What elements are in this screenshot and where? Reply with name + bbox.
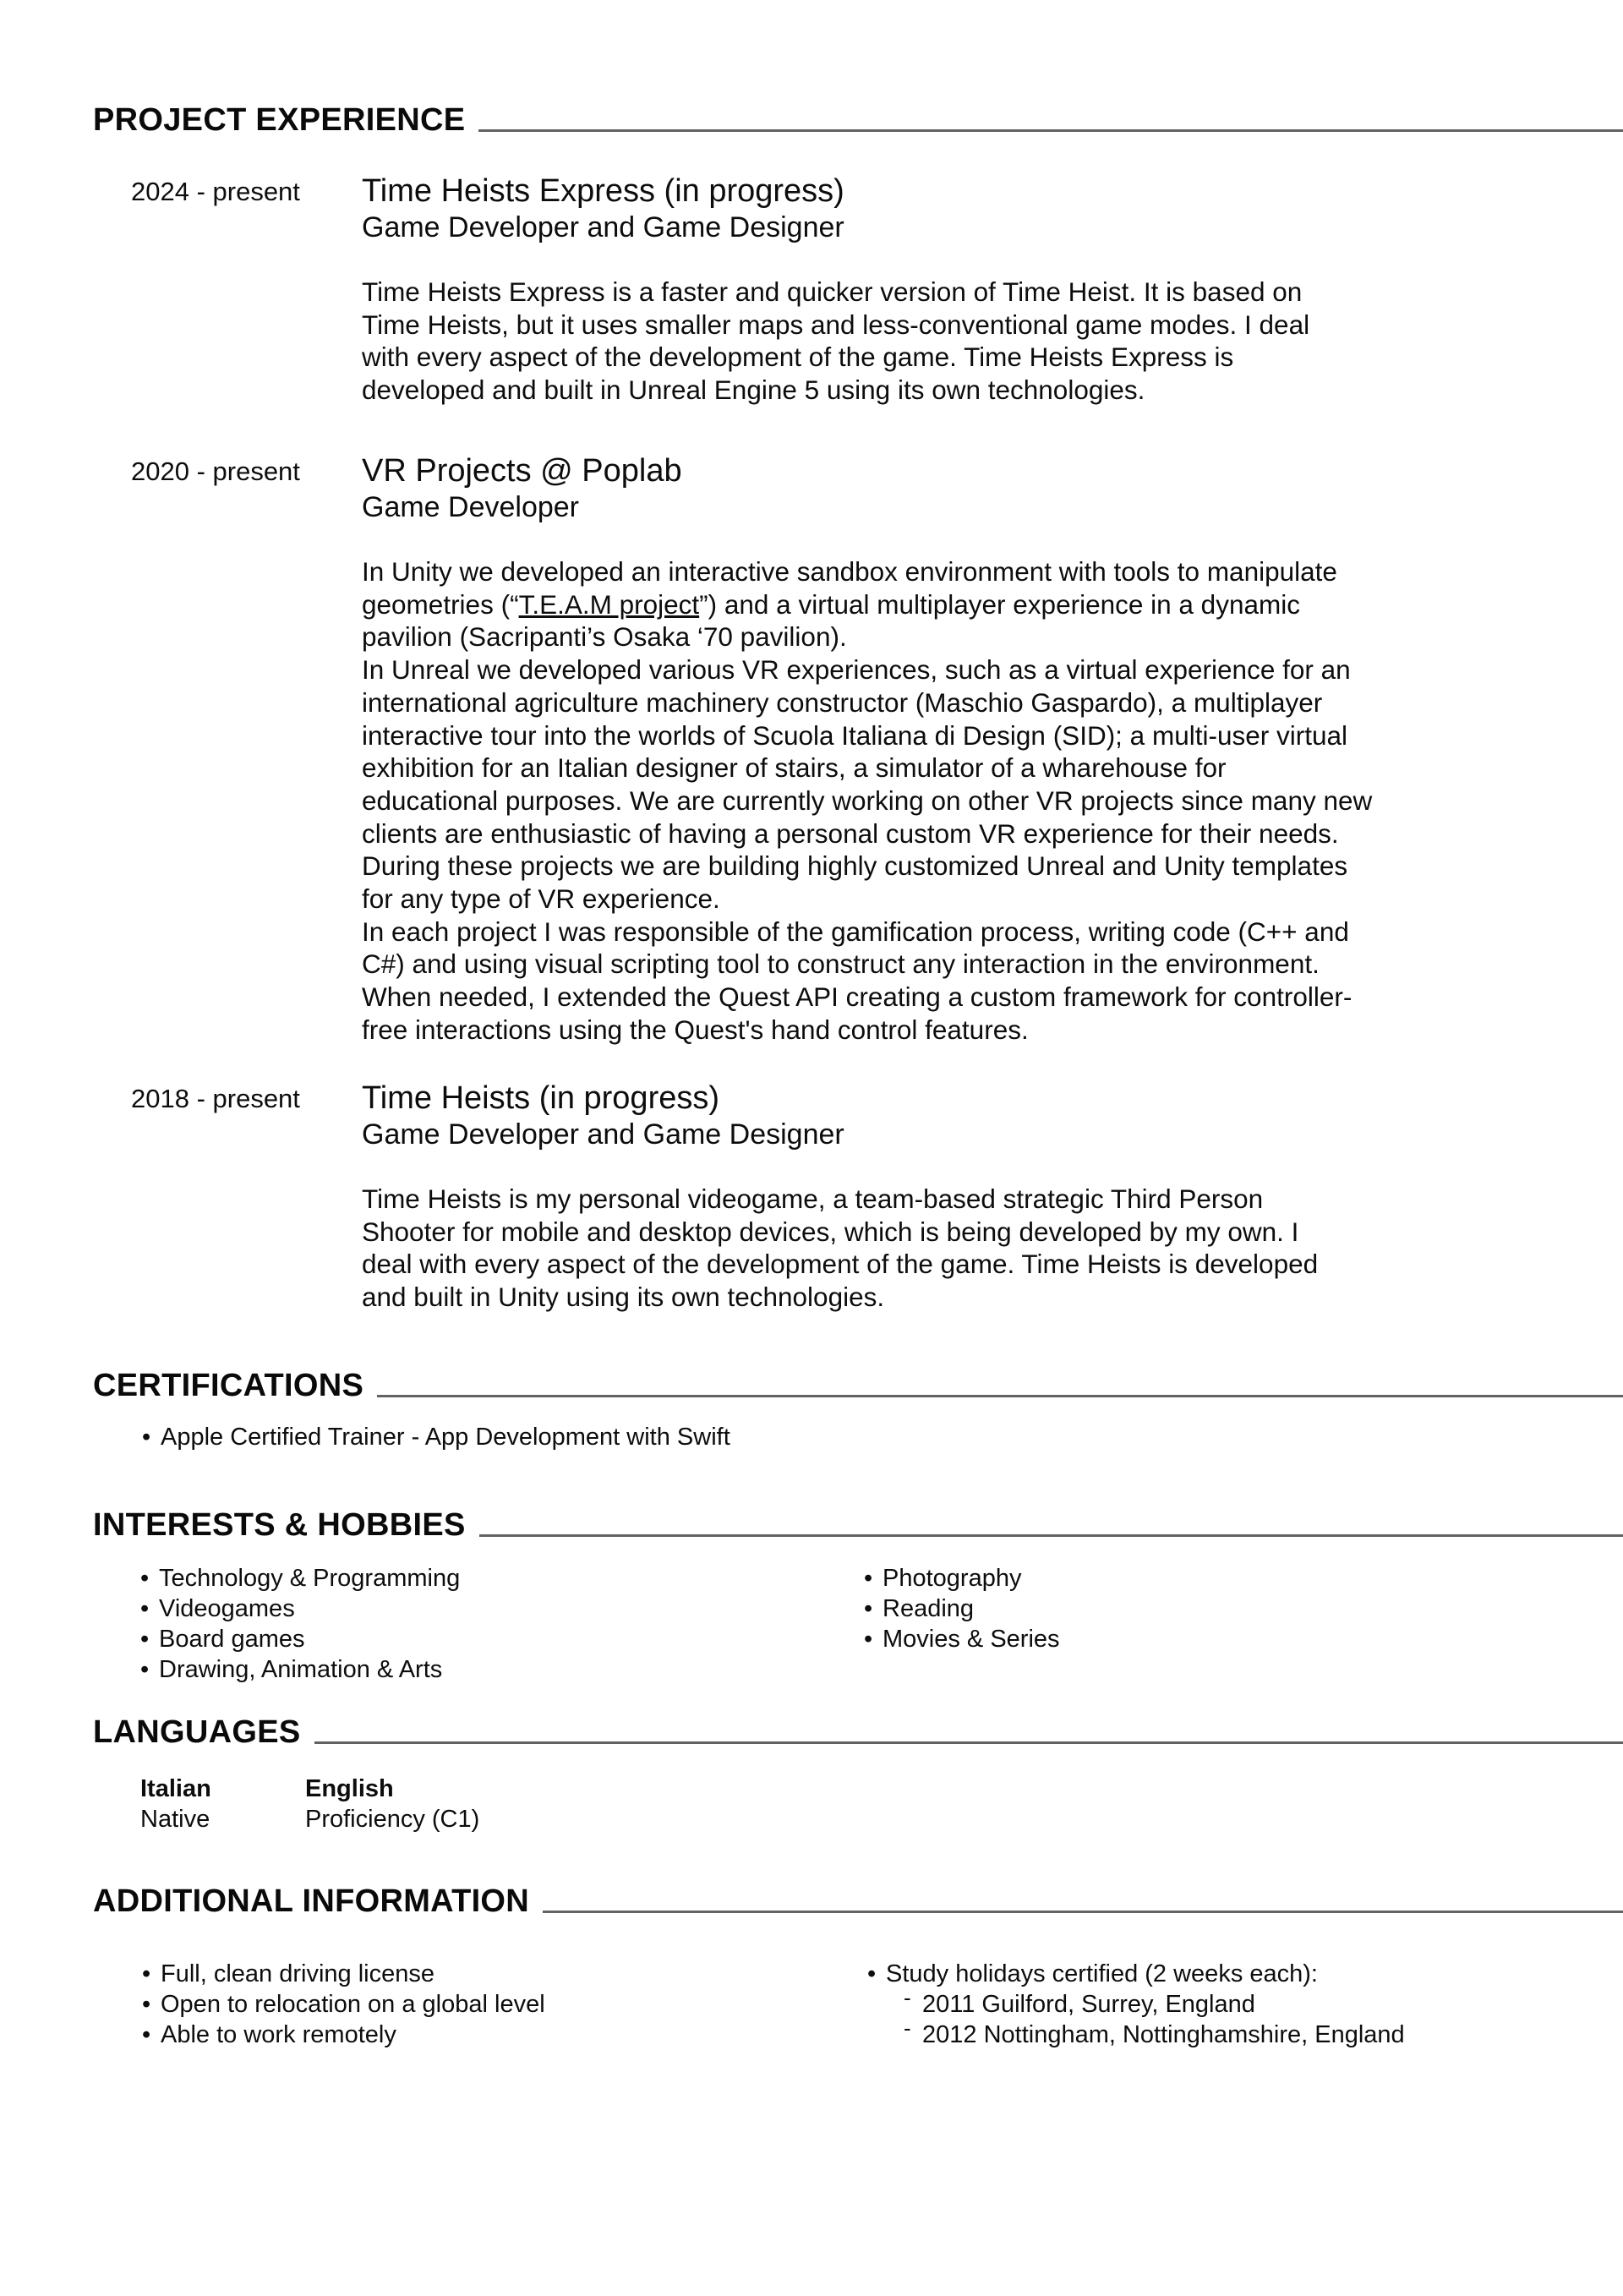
interests-list-left: •Technology & Programming •Videogames •B… <box>140 1563 460 1685</box>
interest-text: Board games <box>159 1626 305 1653</box>
project-title: VR Projects @ Poplab <box>362 452 1528 489</box>
certifications-list: •Apple Certified Trainer - App Developme… <box>142 1422 730 1452</box>
project-date: 2018 - present <box>131 1081 300 1117</box>
description-line: with every aspect of the development of … <box>362 341 1528 374</box>
interests-list-right: •Photography •Reading •Movies & Series <box>864 1563 1060 1654</box>
bullet-icon: • <box>142 1989 150 2020</box>
language-italian: Italian Native <box>140 1774 305 1834</box>
project-role: Game Developer and Game Designer <box>362 210 1528 245</box>
study-holiday-text: 2011 Guilford, Surrey, England <box>922 1991 1255 2018</box>
team-project-link[interactable]: T.E.A.M project <box>519 589 700 620</box>
bullet-icon: • <box>142 1959 150 1989</box>
description-line: clients are enthusiastic of having a per… <box>362 817 1528 850</box>
bullet-icon: • <box>867 1959 876 1989</box>
interest-item: •Technology & Programming <box>140 1563 460 1594</box>
dash-icon: - <box>904 2013 911 2043</box>
additional-item: •Able to work remotely <box>142 2020 545 2050</box>
language-name: Italian <box>140 1774 305 1804</box>
section-heading-additional-information: ADDITIONAL INFORMATION <box>93 1883 1623 1920</box>
project-description: In Unity we developed an interactive san… <box>362 555 1528 1047</box>
project-role: Game Developer and Game Designer <box>362 1117 1528 1152</box>
description-line: for any type of VR experience. <box>362 883 1528 916</box>
language-level: Proficiency (C1) <box>305 1804 479 1834</box>
description-line: Time Heists, but it uses smaller maps an… <box>362 309 1528 342</box>
additional-text: Able to work remotely <box>161 2021 396 2048</box>
study-holiday-item: -2012 Nottingham, Nottinghamshire, Engla… <box>904 2020 1405 2050</box>
language-level: Native <box>140 1804 305 1834</box>
project-content: Time Heists (in progress) Game Developer… <box>362 1080 1528 1314</box>
certification-text: Apple Certified Trainer - App Developmen… <box>161 1424 730 1451</box>
interest-text: Drawing, Animation & Arts <box>159 1656 442 1683</box>
description-line: free interactions using the Quest's hand… <box>362 1014 1528 1047</box>
section-divider <box>479 1534 1623 1537</box>
bullet-icon: • <box>140 1624 149 1654</box>
study-holiday-item: -2011 Guilford, Surrey, England <box>904 1989 1405 2020</box>
project-date: 2020 - present <box>131 454 300 489</box>
interest-text: Technology & Programming <box>159 1565 460 1592</box>
bullet-icon: • <box>140 1594 149 1624</box>
section-title: CERTIFICATIONS <box>93 1367 363 1404</box>
additional-text: Full, clean driving license <box>161 1960 434 1987</box>
bullet-icon: • <box>140 1563 149 1594</box>
interest-text: Reading <box>883 1595 974 1622</box>
section-heading-project-experience: PROJECT EXPERIENCE <box>93 101 1623 139</box>
project-description: Time Heists Express is a faster and quic… <box>362 276 1528 407</box>
interest-item: •Movies & Series <box>864 1624 1060 1654</box>
section-divider <box>543 1911 1623 1913</box>
description-line: pavilion (Sacripanti’s Osaka ‘70 pavilio… <box>362 620 1528 653</box>
section-title: LANGUAGES <box>93 1714 301 1751</box>
description-line: deal with every aspect of the developmen… <box>362 1248 1528 1281</box>
project-content: VR Projects @ Poplab Game Developer In U… <box>362 452 1528 1047</box>
description-line: interactive tour into the worlds of Scuo… <box>362 719 1528 752</box>
description-line: Time Heists Express is a faster and quic… <box>362 276 1528 309</box>
language-name: English <box>305 1774 479 1804</box>
section-title: INTERESTS & HOBBIES <box>93 1506 466 1544</box>
description-line: and built in Unity using its own technol… <box>362 1281 1528 1314</box>
additional-item: •Open to relocation on a global level <box>142 1989 545 2020</box>
certification-item: •Apple Certified Trainer - App Developme… <box>142 1422 730 1452</box>
description-line: During these projects we are building hi… <box>362 850 1528 883</box>
interest-text: Photography <box>883 1565 1021 1592</box>
interest-text: Movies & Series <box>883 1626 1060 1653</box>
interest-item: •Board games <box>140 1624 460 1654</box>
additional-list-right: •Study holidays certified (2 weeks each)… <box>867 1959 1405 2050</box>
description-line-with-link: geometries (“T.E.A.M project”) and a vir… <box>362 588 1528 621</box>
interest-item: •Drawing, Animation & Arts <box>140 1654 460 1685</box>
section-divider <box>314 1741 1623 1744</box>
project-content: Time Heists Express (in progress) Game D… <box>362 172 1528 407</box>
interest-item: •Videogames <box>140 1594 460 1624</box>
additional-text: Open to relocation on a global level <box>161 1991 545 2018</box>
description-line: educational purposes. We are currently w… <box>362 784 1528 817</box>
study-holidays-sublist: -2011 Guilford, Surrey, England -2012 No… <box>867 1989 1405 2050</box>
description-line: When needed, I extended the Quest API cr… <box>362 981 1528 1014</box>
additional-item: •Full, clean driving license <box>142 1959 545 1989</box>
study-holiday-text: 2012 Nottingham, Nottinghamshire, Englan… <box>922 2021 1405 2048</box>
bullet-icon: • <box>142 2020 150 2050</box>
bullet-icon: • <box>864 1594 872 1624</box>
bullet-icon: • <box>864 1624 872 1654</box>
section-heading-languages: LANGUAGES <box>93 1714 1623 1751</box>
bullet-icon: • <box>142 1422 150 1452</box>
additional-list-left: •Full, clean driving license •Open to re… <box>142 1959 545 2050</box>
project-title: Time Heists Express (in progress) <box>362 172 1528 210</box>
section-divider <box>478 129 1623 132</box>
description-line: developed and built in Unreal Engine 5 u… <box>362 374 1528 407</box>
description-fragment: ”) and a virtual multiplayer experience … <box>699 589 1300 620</box>
description-line: C#) and using visual scripting tool to c… <box>362 948 1528 981</box>
additional-text: Study holidays certified (2 weeks each): <box>886 1960 1318 1987</box>
dash-icon: - <box>904 1982 911 2013</box>
section-title: PROJECT EXPERIENCE <box>93 101 465 139</box>
languages-table: Italian Native English Proficiency (C1) <box>140 1774 479 1834</box>
language-english: English Proficiency (C1) <box>305 1774 479 1834</box>
section-divider <box>377 1395 1623 1397</box>
bullet-icon: • <box>140 1654 149 1685</box>
section-heading-certifications: CERTIFICATIONS <box>93 1367 1623 1404</box>
interest-item: •Photography <box>864 1563 1060 1594</box>
additional-item-study-holidays: •Study holidays certified (2 weeks each)… <box>867 1959 1405 2050</box>
description-line: In Unity we developed an interactive san… <box>362 555 1528 588</box>
project-title: Time Heists (in progress) <box>362 1080 1528 1117</box>
bullet-icon: • <box>864 1563 872 1594</box>
project-description: Time Heists is my personal videogame, a … <box>362 1183 1528 1314</box>
description-line: Shooter for mobile and desktop devices, … <box>362 1216 1528 1249</box>
section-heading-interests: INTERESTS & HOBBIES <box>93 1506 1623 1544</box>
interest-item: •Reading <box>864 1594 1060 1624</box>
project-date: 2024 - present <box>131 174 300 210</box>
description-line: Time Heists is my personal videogame, a … <box>362 1183 1528 1216</box>
description-line: In each project I was responsible of the… <box>362 916 1528 948</box>
description-line: In Unreal we developed various VR experi… <box>362 653 1528 686</box>
description-fragment: geometries (“ <box>362 589 519 620</box>
description-line: exhibition for an Italian designer of st… <box>362 752 1528 784</box>
section-title: ADDITIONAL INFORMATION <box>93 1883 529 1920</box>
interest-text: Videogames <box>159 1595 295 1622</box>
description-line: international agriculture machinery cons… <box>362 686 1528 719</box>
project-role: Game Developer <box>362 489 1528 525</box>
